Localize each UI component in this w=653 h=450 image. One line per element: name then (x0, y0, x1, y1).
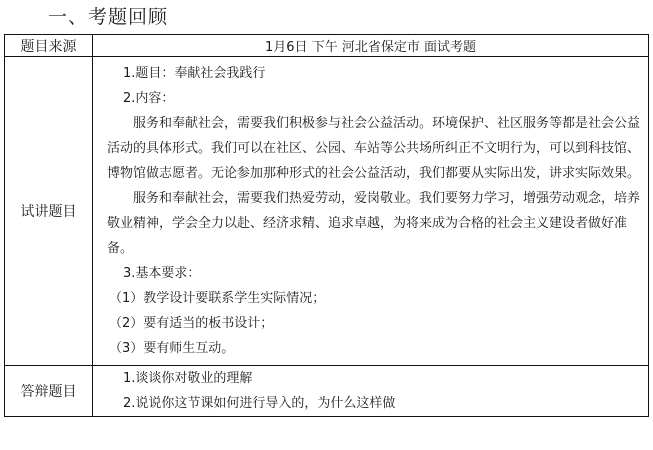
defense-question: 2.说说你这节课如何进行导入的，为什么这样做 (107, 391, 642, 416)
content-heading: 2.内容： (107, 86, 642, 111)
requirements-heading: 3.基本要求： (107, 261, 642, 286)
content-paragraph-1: 服务和奉献社会，需要我们积极参与社会公益活动。环境保护、社区服务等都是社会公益活… (107, 111, 642, 186)
content-paragraph-2: 服务和奉献社会，需要我们热爱劳动，爱岗敬业。我们要努力学习，增强劳动观念，培养敬… (107, 186, 642, 261)
exam-review-table: 题目来源 1月6日 下午 河北省保定市 面试考题 试讲题目 1.题目：奉献社会我… (4, 34, 649, 417)
requirement-item: （3）要有师生互动。 (107, 336, 642, 361)
source-value: 1月6日 下午 河北省保定市 面试考题 (93, 35, 649, 57)
defense-question: 1.谈谈你对敬业的理解 (107, 366, 642, 391)
lecture-content-cell: 1.题目：奉献社会我践行 2.内容： 服务和奉献社会，需要我们积极参与社会公益活… (93, 57, 649, 366)
lecture-content: 1.题目：奉献社会我践行 2.内容： 服务和奉献社会，需要我们积极参与社会公益活… (93, 57, 648, 365)
defense-label: 答辩题目 (5, 366, 93, 417)
lecture-topic: 1.题目：奉献社会我践行 (107, 61, 642, 86)
requirement-item: （1）教学设计要联系学生实际情况； (107, 286, 642, 311)
section-title: 一、考题回顾 (48, 2, 168, 29)
defense-content-cell: 1.谈谈你对敬业的理解 2.说说你这节课如何进行导入的，为什么这样做 (93, 366, 649, 417)
requirement-item: （2）要有适当的板书设计； (107, 311, 642, 336)
defense-content: 1.谈谈你对敬业的理解 2.说说你这节课如何进行导入的，为什么这样做 (93, 366, 648, 416)
table-row-source: 题目来源 1月6日 下午 河北省保定市 面试考题 (5, 35, 649, 57)
lecture-label: 试讲题目 (5, 57, 93, 366)
source-label: 题目来源 (5, 35, 93, 57)
table-row-lecture: 试讲题目 1.题目：奉献社会我践行 2.内容： 服务和奉献社会，需要我们积极参与… (5, 57, 649, 366)
table-row-defense: 答辩题目 1.谈谈你对敬业的理解 2.说说你这节课如何进行导入的，为什么这样做 (5, 366, 649, 417)
